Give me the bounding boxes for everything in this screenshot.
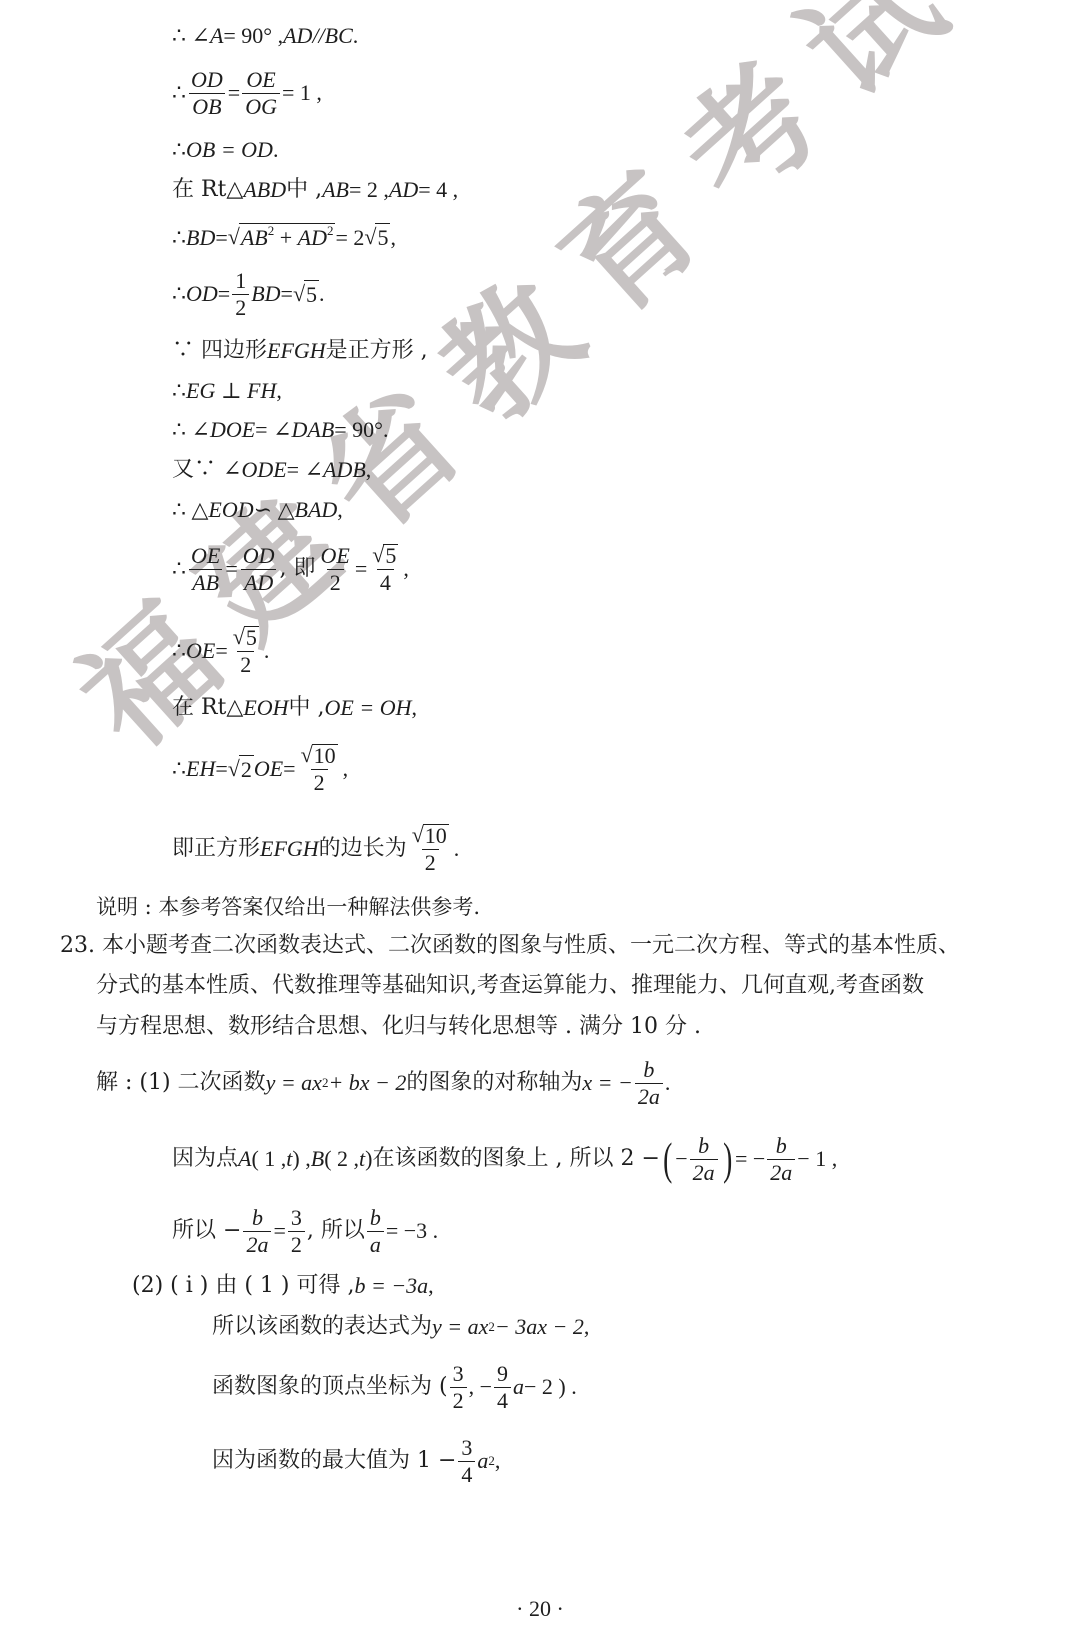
solution-step-2: 因为点 A ( 1 , t ) , B ( 2 , t ) 在该函数的图象上 ,… bbox=[172, 1128, 837, 1190]
page-content: ∴ ∠ A = 90° , AD // BC . ∴ ODOB = OEOG =… bbox=[0, 0, 1080, 1646]
proof-line-9: ∴ ∠ DOE = ∠ DAB = 90°. bbox=[172, 416, 388, 444]
q23-intro-line-2: 分式的基本性质、代数推理等基础知识,考查运算能力、推理能力、几何直观,考查函数 bbox=[96, 972, 924, 1000]
fraction: √54 bbox=[369, 544, 401, 594]
fraction: 32 bbox=[450, 1363, 467, 1412]
proof-line-14: 在 Rt△ EOH 中 , OE = OH , bbox=[172, 694, 417, 722]
solution-step-4: (2) ( i ) 由 ( 1 ) 可得 , b = −3a , bbox=[132, 1272, 434, 1300]
fraction: ODAD bbox=[240, 545, 278, 594]
fraction: b2a bbox=[767, 1135, 795, 1184]
proof-line-6: ∴ OD = 12 BD = √5 . bbox=[172, 264, 325, 324]
square-root: √2 bbox=[228, 755, 254, 784]
square-root: √5 bbox=[293, 280, 319, 309]
fraction: b2a bbox=[690, 1135, 718, 1184]
fraction: b2a bbox=[243, 1207, 271, 1256]
square-root: √5 bbox=[364, 223, 390, 252]
solution-step-1: 解 : (1) 二次函数 y = ax2 + bx − 2 的图象的对称轴为 x… bbox=[96, 1052, 670, 1114]
proof-line-5: ∴ BD = √AB2 + AD2 = 2 √5 , bbox=[172, 223, 396, 252]
document-page: 福建省教育考试院 ∴ ∠ A = 90° , AD // BC . ∴ ODOB… bbox=[0, 0, 1080, 1646]
square-root: √AB2 + AD2 bbox=[228, 223, 336, 252]
solution-step-6: 函数图象的顶点坐标为 ( 32 , − 94 a − 2 ) . bbox=[212, 1356, 577, 1418]
solution-step-5: 所以该函数的表达式为 y = ax2 − 3ax − 2 , bbox=[212, 1313, 589, 1341]
proof-conclusion: 即正方形 EFGH 的边长为 √102 . bbox=[172, 818, 459, 880]
proof-line-13: ∴ OE = √52 . bbox=[172, 620, 269, 682]
proof-line-7: ∵ 四边形 EFGH 是正方形 , bbox=[172, 337, 428, 365]
proof-line-8: ∴ EG ⊥ FH , bbox=[172, 377, 282, 405]
proof-line-15: ∴ EH = √2 OE = √102 , bbox=[172, 738, 348, 800]
proof-line-2: ∴ ODOB = OEOG = 1 , bbox=[172, 62, 322, 124]
fraction: 94 bbox=[494, 1363, 511, 1412]
q23-intro-line-1: 23. 本小题考查二次函数表达式、二次函数的图象与性质、一元二次方程、等式的基本… bbox=[60, 932, 960, 960]
fraction: √52 bbox=[230, 626, 262, 676]
fraction: 12 bbox=[232, 270, 249, 319]
fraction: √102 bbox=[298, 744, 341, 794]
solution-step-7: 因为函数的最大值为 1 − 34 a2 , bbox=[212, 1430, 500, 1492]
fraction: √102 bbox=[409, 824, 452, 874]
proof-line-3: ∴ OB = OD . bbox=[172, 136, 278, 164]
fraction: ba bbox=[367, 1207, 384, 1256]
fraction: b2a bbox=[635, 1059, 663, 1108]
fraction: ODOB bbox=[188, 69, 226, 118]
fraction: 32 bbox=[288, 1207, 305, 1256]
proof-line-10: 又∵ ∠ ODE = ∠ ADB , bbox=[172, 456, 371, 484]
solution-step-3: 所以 − b2a = 32 , 所以 ba = −3 . bbox=[172, 1200, 438, 1262]
proof-line-11: ∴ △ EOD ∽ △ BAD , bbox=[172, 496, 343, 524]
fraction: OEAB bbox=[188, 545, 223, 594]
proof-line-1: ∴ ∠ A = 90° , AD // BC . bbox=[172, 22, 358, 50]
fraction: 34 bbox=[458, 1437, 475, 1486]
note-text: 说明 : 本参考答案仅给出一种解法供参考. bbox=[96, 893, 480, 921]
page-number: · 20 · bbox=[0, 1596, 1080, 1622]
fraction: OE2 bbox=[318, 545, 353, 594]
proof-line-12: ∴ OEAB = ODAD , 即 OE2 = √54 , bbox=[172, 538, 409, 600]
proof-line-4: 在 Rt△ ABD 中 , AB = 2 , AD = 4 , bbox=[172, 176, 458, 204]
fraction: OEOG bbox=[242, 69, 280, 118]
q23-intro-line-3: 与方程思想、数形结合思想、化归与转化思想等 . 满分 10 分 . bbox=[96, 1013, 701, 1041]
